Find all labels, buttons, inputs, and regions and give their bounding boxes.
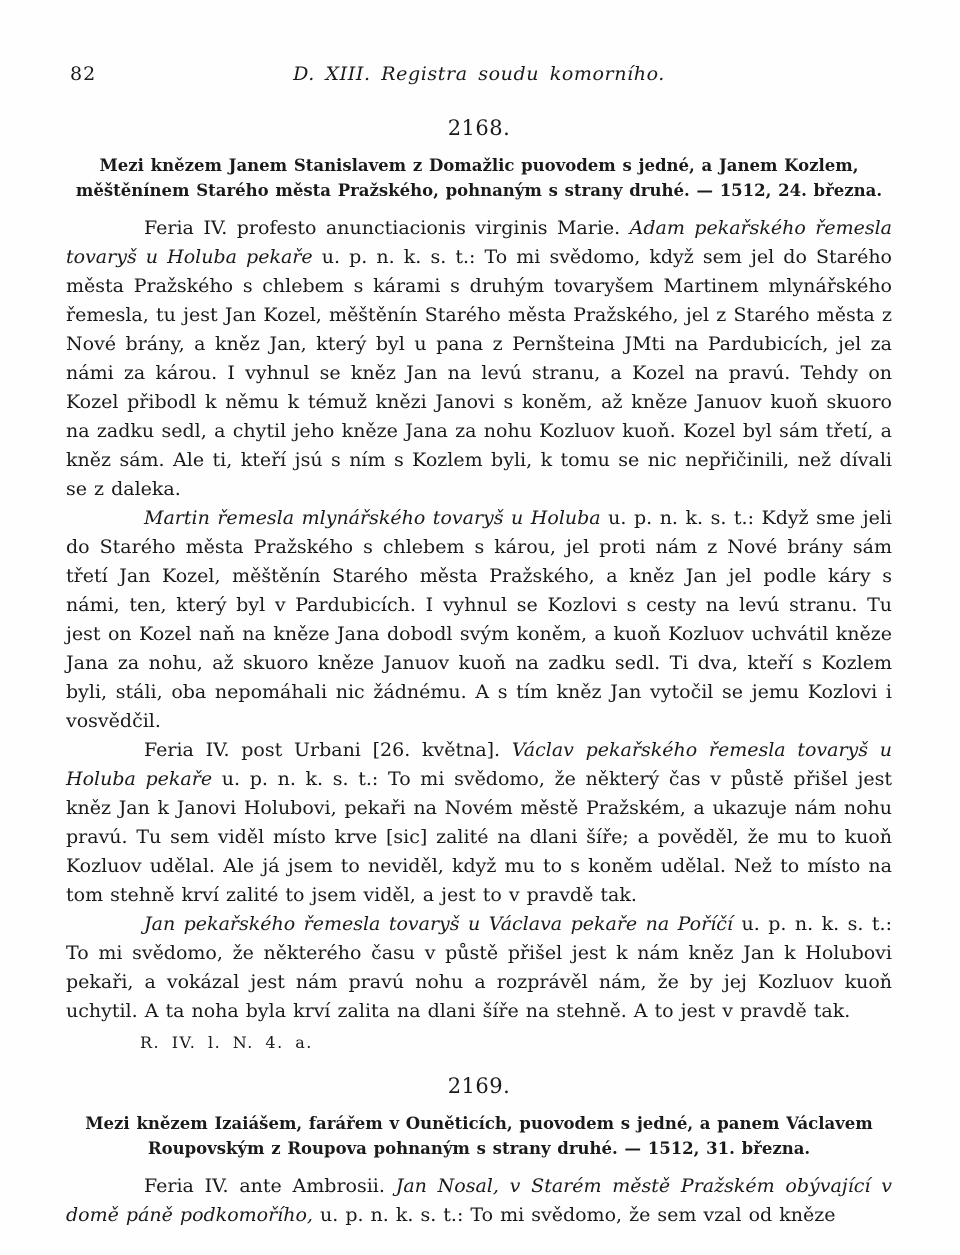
testimony-paragraph-nosal: Feria IV. ante Ambrosii. Jan Nosal, v St… [66, 1172, 892, 1230]
text-run: u. p. n. k. s. t.: Když sme jeli do Star… [66, 507, 892, 732]
testimony-paragraph-vaclav: Feria IV. post Urbani [26. května]. Václ… [66, 736, 892, 910]
entry-summary: Mezi knězem Izaiášem, farářem v Ouněticí… [66, 1111, 892, 1161]
source-citation: R. IV. l. N. 4. a. [66, 1031, 892, 1055]
running-title: D. XIII. Registra soudu komorního. [293, 63, 665, 85]
text-run: Feria IV. profesto anunctiacionis virgin… [144, 217, 630, 239]
entry-2168: 2168. Mezi knězem Janem Stanislavem z Do… [66, 116, 892, 1055]
text-run: Feria IV. post Urbani [26. května]. [144, 739, 512, 761]
entry-2169: 2169. Mezi knězem Izaiášem, farářem v Ou… [66, 1074, 892, 1230]
testimony-paragraph-adam: Feria IV. profesto anunctiacionis virgin… [66, 214, 892, 504]
entry-number: 2168. [66, 116, 892, 140]
testimony-paragraph-martin: Martin řemesla mlynářského tovaryš u Hol… [66, 504, 892, 736]
text-run: Feria IV. ante Ambrosii. [144, 1175, 396, 1197]
book-page: 82 D. XIII. Registra soudu komorního. 21… [0, 0, 960, 1255]
page-header: 82 D. XIII. Registra soudu komorního. [66, 62, 892, 88]
entry-number: 2169. [66, 1074, 892, 1098]
witness-name-run: Martin řemesla mlynářského tovaryš u Hol… [144, 507, 608, 529]
text-run: u. p. n. k. s. t.: To mi svědomo, když s… [66, 246, 892, 500]
witness-name-run: Jan pekařského řemesla tovaryš u Václava… [144, 913, 741, 935]
text-run: u. p. n. k. s. t.: To mi svědomo, že sem… [320, 1204, 836, 1226]
entry-summary: Mezi knězem Janem Stanislavem z Domažlic… [66, 153, 892, 203]
page-number: 82 [70, 62, 96, 86]
testimony-paragraph-jan: Jan pekařského řemesla tovaryš u Václava… [66, 910, 892, 1026]
